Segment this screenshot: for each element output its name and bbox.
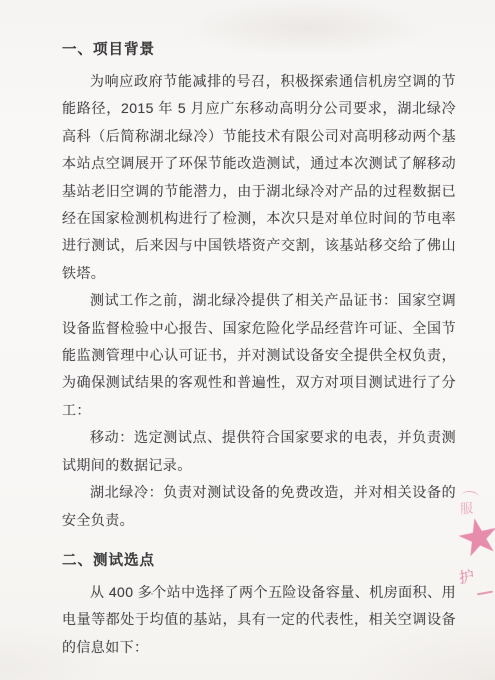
scanned-document-page: 一、项目背景 为响应政府节能减排的号召，积极探索通信机房空调的节能路径，2015…: [0, 0, 495, 680]
seal-rim-arc: [460, 490, 479, 503]
red-seal-partial: 服 ★ 护: [451, 490, 495, 604]
section-heading-test-site-selection: 二、测试选点: [62, 551, 456, 571]
paragraph-site-selection: 从 400 多个站中选择了两个五险设备容量、机房面积、用电量等都处于均值的基站，…: [62, 579, 456, 661]
scan-speck: [278, 591, 280, 593]
scan-speck: [151, 593, 153, 595]
paragraph-certificates: 测试工作之前，湖北绿冷提供了相关产品证书：国家空调设备监督检验中心报告、国家危险…: [62, 287, 456, 424]
seal-text-top: 服: [459, 498, 473, 518]
seal-text-bottom: 护: [458, 565, 475, 587]
paragraph-background-1: 为响应政府节能减排的号召，积极探索通信机房空调的节能路径，2015 年 5 月应…: [62, 68, 456, 287]
paragraph-lvleng-duty: 湖北绿冷：负责对测试设备的免费改造，并对相关设备的安全负责。: [62, 479, 456, 534]
seal-rim-dash: [477, 591, 493, 596]
document-body: 一、项目背景 为响应政府节能减排的号召，积极探索通信机房空调的节能路径，2015…: [62, 40, 456, 661]
section-heading-project-background: 一、项目背景: [62, 40, 456, 60]
paragraph-mobile-duty: 移动：选定测试点、提供符合国家要求的电表，并负责测试期间的数据记录。: [62, 424, 456, 479]
star-icon: ★: [451, 508, 495, 566]
